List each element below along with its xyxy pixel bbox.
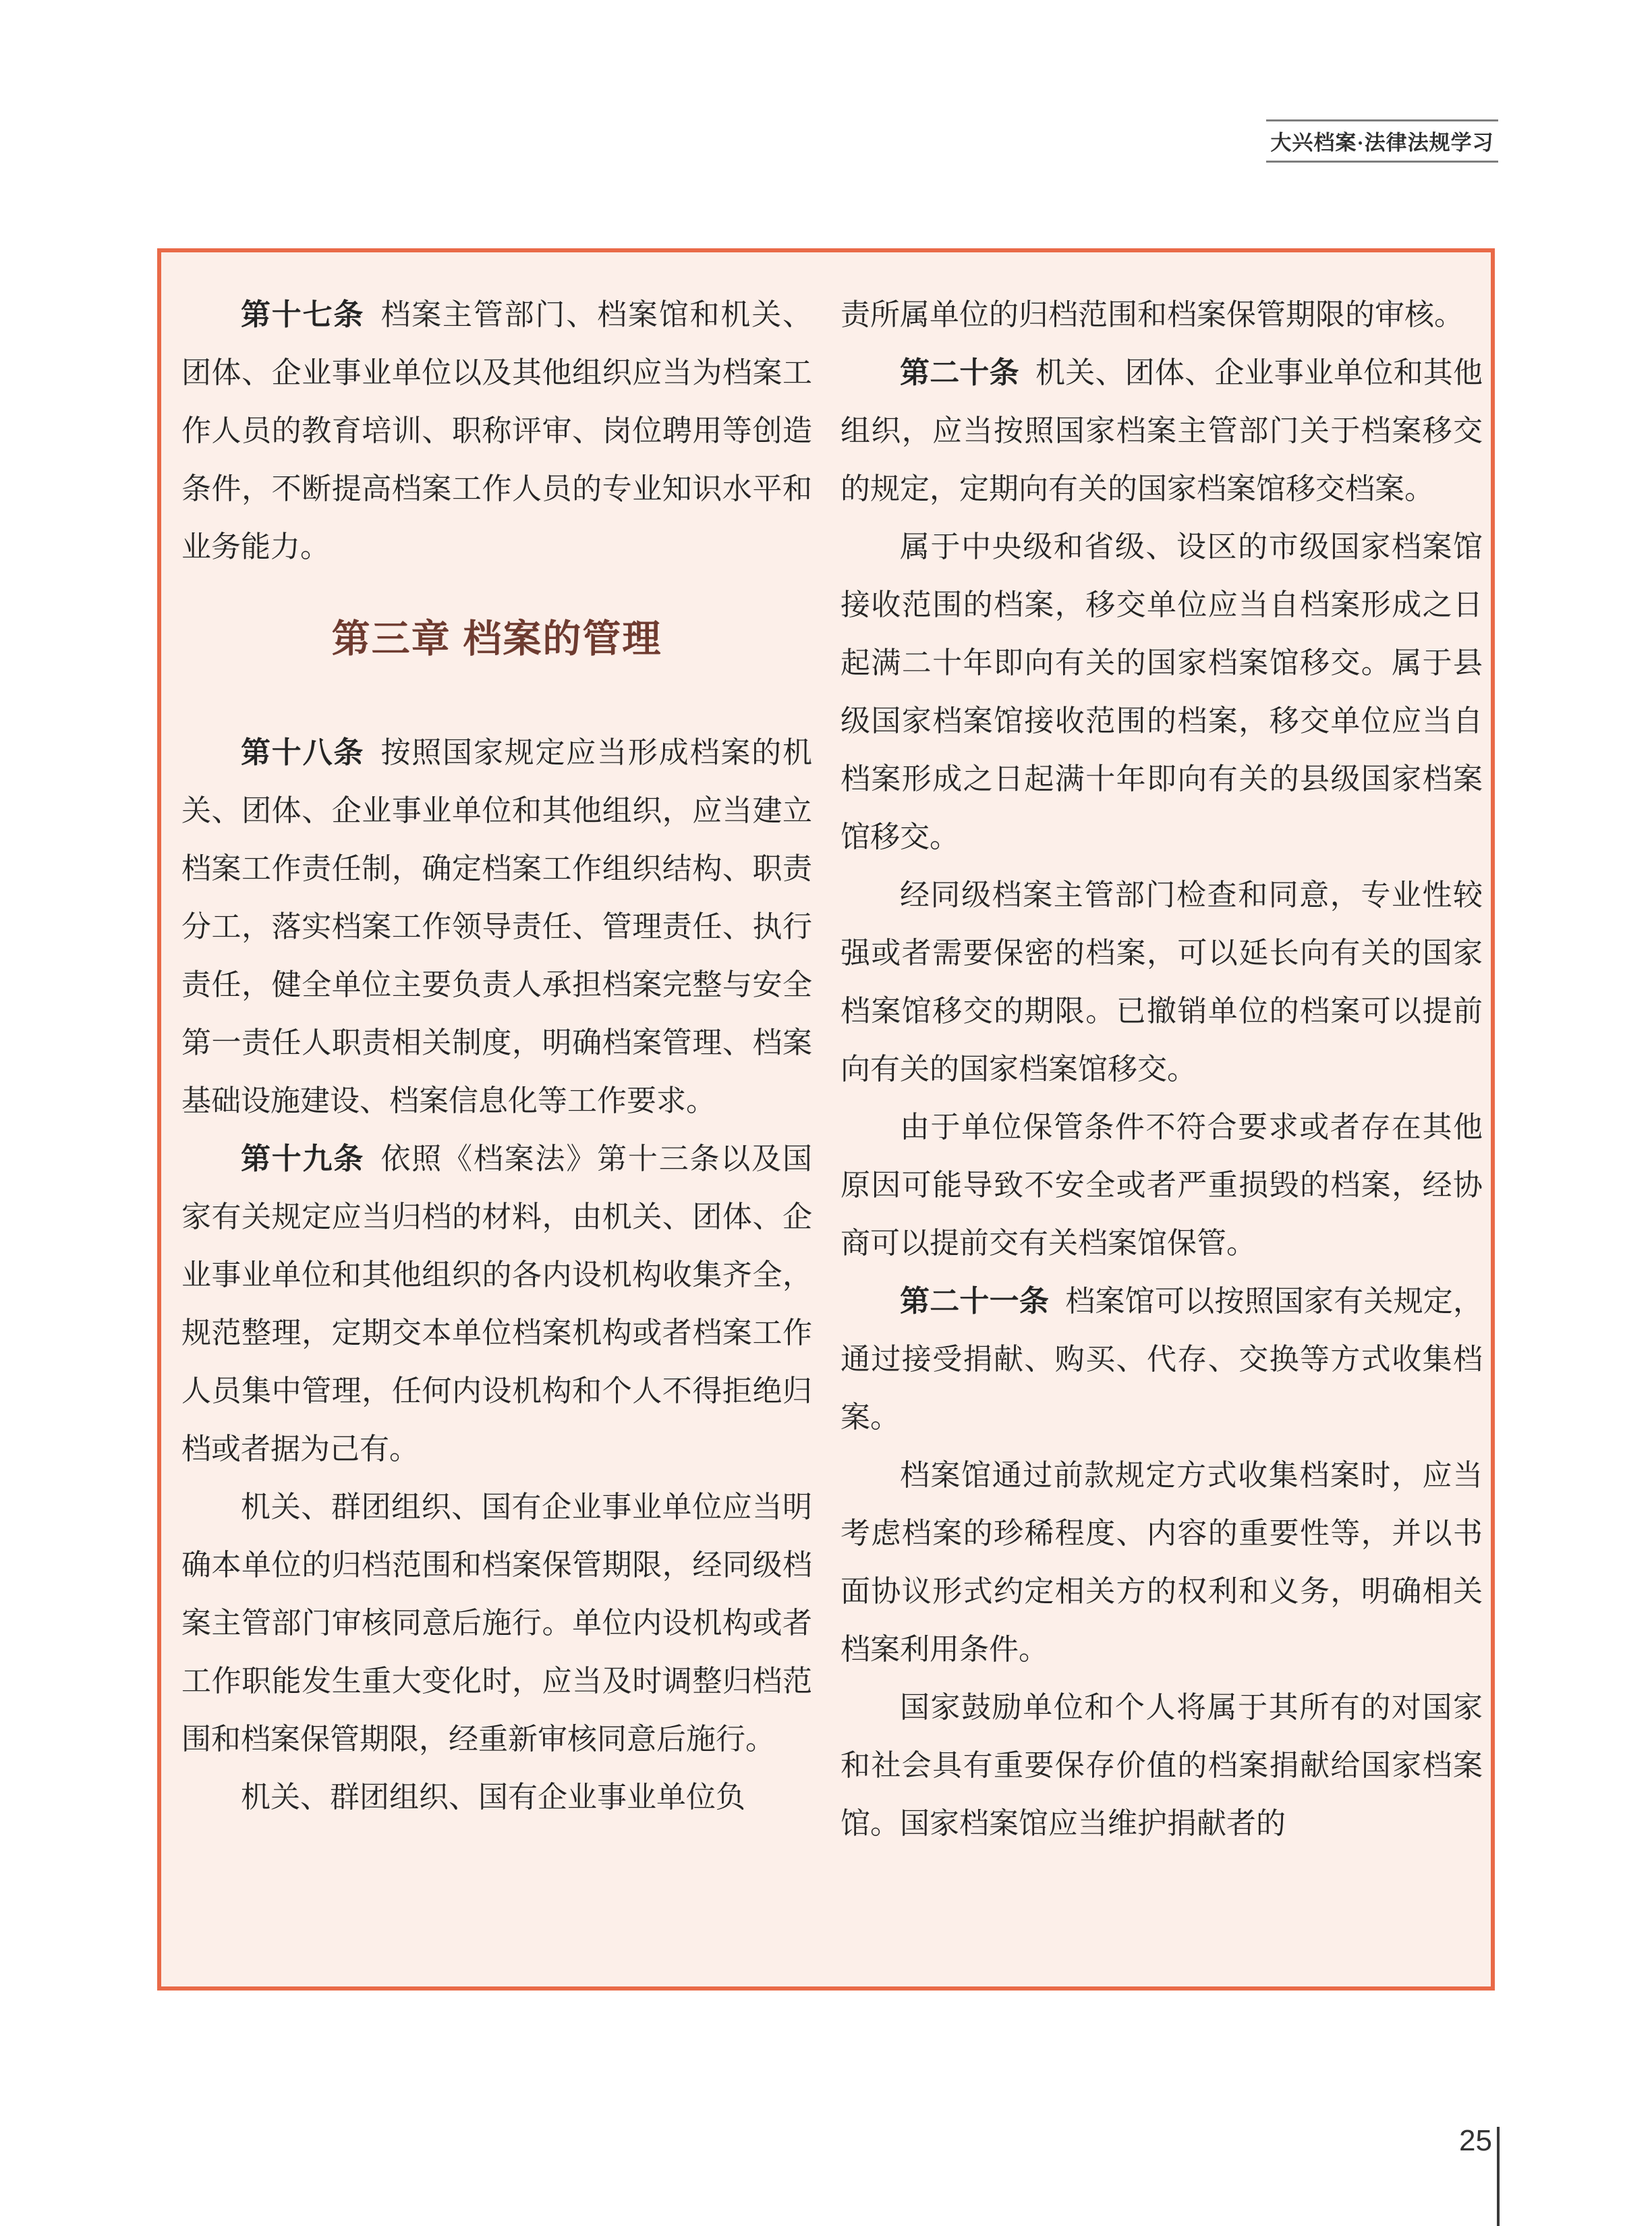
continuation-start-text: 机关、群团组织、国有企业事业单位负 — [241, 1781, 745, 1814]
paragraph-donation: 国家鼓励单位和个人将属于其所有的对国家和社会具有重要保存价值的档案捐献给国家档案… — [841, 1679, 1483, 1853]
article-19-number: 第十九条 — [241, 1142, 364, 1175]
page-number-rule — [1497, 2127, 1500, 2226]
paragraph-article-20: 第二十条机关、团体、企业事业单位和其他组织，应当按照国家档案主管部门关于档案移交… — [841, 344, 1483, 518]
paragraph-early-transfer: 由于单位保管条件不符合要求或者存在其他原因可能导致不安全或者严重损毁的档案，经协… — [841, 1098, 1483, 1273]
running-head-title: 大兴档案·法律法规学习 — [1270, 131, 1493, 155]
article-18-number: 第十八条 — [241, 736, 364, 769]
article-17-text: 档案主管部门、档案馆和机关、团体、企业事业单位以及其他组织应当为档案工作人员的教… — [181, 298, 812, 563]
content-panel: 第十七条档案主管部门、档案馆和机关、团体、企业事业单位以及其他组织应当为档案工作… — [157, 248, 1495, 1991]
page-number: 25 — [1457, 2124, 1492, 2158]
chapter-heading: 第三章 档案的管理 — [181, 615, 812, 663]
transfer-extension-text: 经同级档案主管部门检查和同意，专业性较强或者需要保密的档案，可以延长向有关的国家… — [841, 879, 1483, 1086]
donation-text: 国家鼓励单位和个人将属于其所有的对国家和社会具有重要保存价值的档案捐献给国家档案… — [841, 1691, 1483, 1840]
paragraph-article-17: 第十七条档案主管部门、档案馆和机关、团体、企业事业单位以及其他组织应当为档案工作… — [181, 286, 812, 576]
paragraph-article-21: 第二十一条档案馆可以按照国家有关规定，通过接受捐献、购买、代存、交换等方式收集档… — [841, 1273, 1483, 1447]
paragraph-transfer-extension: 经同级档案主管部门检查和同意，专业性较强或者需要保密的档案，可以延长向有关的国家… — [841, 866, 1483, 1098]
transfer-deadlines-text: 属于中央级和省级、设区的市级国家档案馆接收范围的档案，移交单位应当自档案形成之日… — [841, 530, 1483, 854]
column-right: 责所属单位的归档范围和档案保管期限的审核。 第二十条机关、团体、企业事业单位和其… — [841, 286, 1483, 1986]
article-17-number: 第十七条 — [241, 298, 364, 331]
paragraph-article-19: 第十九条依照《档案法》第十三条以及国家有关规定应当归档的材料，由机关、团体、企业… — [181, 1130, 812, 1478]
paragraph-collection-terms: 档案馆通过前款规定方式收集档案时，应当考虑档案的珍稀程度、内容的重要性等，并以书… — [841, 1447, 1483, 1679]
archiving-scope-text: 机关、群团组织、国有企业事业单位应当明确本单位的归档范围和档案保管期限，经同级档… — [181, 1491, 812, 1756]
collection-terms-text: 档案馆通过前款规定方式收集档案时，应当考虑档案的珍稀程度、内容的重要性等，并以书… — [841, 1459, 1483, 1666]
article-19-text: 依照《档案法》第十三条以及国家有关规定应当归档的材料，由机关、团体、企业事业单位… — [181, 1142, 812, 1466]
running-head: 大兴档案·法律法规学习 — [1266, 119, 1498, 163]
continuation-end-text: 责所属单位的归档范围和档案保管期限的审核。 — [841, 298, 1464, 331]
column-left: 第十七条档案主管部门、档案馆和机关、团体、企业事业单位以及其他组织应当为档案工作… — [181, 286, 812, 1986]
paragraph-continuation-end: 责所属单位的归档范围和档案保管期限的审核。 — [841, 286, 1483, 344]
paragraph-article-18: 第十八条按照国家规定应当形成档案的机关、团体、企业事业单位和其他组织，应当建立档… — [181, 724, 812, 1130]
paragraph-archiving-scope: 机关、群团组织、国有企业事业单位应当明确本单位的归档范围和档案保管期限，经同级档… — [181, 1478, 812, 1769]
article-21-number: 第二十一条 — [900, 1285, 1049, 1318]
early-transfer-text: 由于单位保管条件不符合要求或者存在其他原因可能导致不安全或者严重损毁的档案，经协… — [841, 1111, 1483, 1260]
paragraph-continuation-start: 机关、群团组织、国有企业事业单位负 — [181, 1769, 812, 1827]
paragraph-transfer-deadlines: 属于中央级和省级、设区的市级国家档案馆接收范围的档案，移交单位应当自档案形成之日… — [841, 518, 1483, 866]
article-18-text: 按照国家规定应当形成档案的机关、团体、企业事业单位和其他组织，应当建立档案工作责… — [181, 736, 812, 1117]
article-20-number: 第二十条 — [900, 356, 1019, 389]
